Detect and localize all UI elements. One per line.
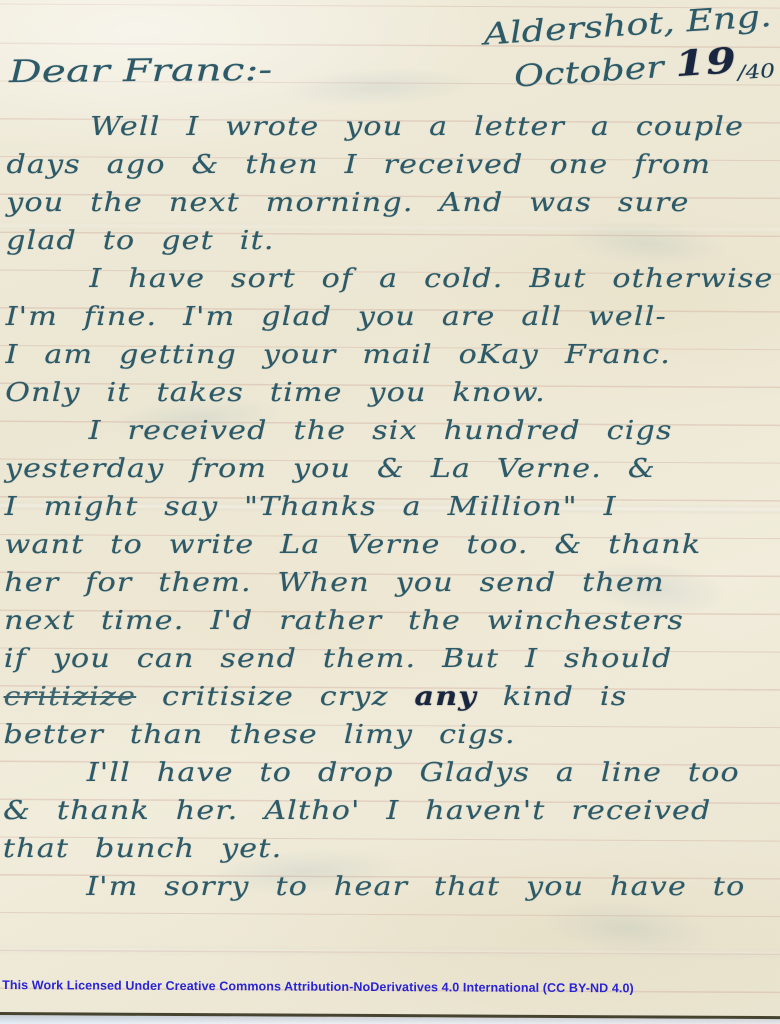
letter-text: I received the six hundred cigs [89, 416, 673, 446]
letter-line: critizize critisize cryz any kind is [4, 678, 628, 716]
letter-line: I am getting your mail oKay Franc. [5, 336, 671, 374]
letter-text: I am getting your mail oKay Franc. [5, 340, 671, 370]
crossed-out-word: critizize [4, 682, 136, 712]
fold-crease [0, 946, 780, 957]
letter-line: I'm fine. I'm glad you are all well- [6, 298, 667, 336]
license-text: This Work Licensed Under Creative Common… [2, 978, 634, 995]
letter-line: & thank her. Altho' I haven't received [3, 792, 712, 830]
letter-line: Well I wrote you a letter a couple [7, 108, 745, 146]
letter-text: I'll have to drop Gladys a line too [87, 758, 740, 788]
letter-text: I'm sorry to hear that you have to [86, 872, 745, 902]
letter-text: better than these limy cigs. [3, 720, 515, 750]
letter-line: I have sort of a cold. But otherwise [6, 260, 774, 298]
letter-text: Only it takes time you know. [5, 378, 546, 408]
letter-text: if you can send them. But I should [4, 644, 673, 674]
letter-text: any [414, 682, 477, 712]
salutation: Dear Franc:- [9, 52, 273, 90]
letter-line: I'll have to drop Gladys a line too [3, 754, 740, 792]
letter-line: want to write La Verne too. & thank [4, 526, 701, 564]
date-year: /40 [737, 60, 776, 84]
letter-text: I might say "Thanks a Million" I [5, 492, 617, 522]
letter-line: I might say "Thanks a Million" I [5, 488, 617, 526]
letter-line: her for them. When you send them [4, 564, 665, 602]
letter-page: Aldershot, Eng. October 19/40 Dear Franc… [0, 0, 780, 1019]
letter-text: kind is [477, 682, 627, 712]
date-month: October [513, 50, 665, 95]
letter-text: you the next morning. And was sure [6, 188, 689, 218]
letter-line: I'm sorry to hear that you have to [3, 868, 746, 906]
letter-text: that bunch yet. [3, 834, 283, 864]
letter-line: yesterday from you & La Verne. & [5, 450, 656, 488]
date-day: 19 [673, 40, 737, 85]
letter-text: want to write La Verne too. & thank [4, 530, 701, 560]
letter-line: you the next morning. And was sure [6, 184, 689, 222]
letter-text: I'm fine. I'm glad you are all well- [6, 302, 667, 332]
letter-line: glad to get it. [6, 222, 275, 260]
letter-heading: Aldershot, Eng. October 19/40 [534, 0, 776, 107]
letter-line: Only it takes time you know. [5, 374, 546, 412]
letter-text: Well I wrote you a letter a couple [90, 112, 744, 142]
letter-line: I received the six hundred cigs [5, 412, 673, 450]
letter-line: if you can send them. But I should [4, 640, 673, 678]
letter-text: next time. I'd rather the winchesters [4, 606, 684, 636]
letter-text: yesterday from you & La Verne. & [5, 454, 656, 484]
letter-text: her for them. When you send them [4, 568, 665, 598]
letter-text: critisize cryz [136, 682, 414, 712]
letter-text: & thank her. Altho' I haven't received [3, 796, 711, 826]
letter-text: glad to get it. [6, 226, 275, 256]
letter-text: I have sort of a cold. But otherwise [89, 264, 773, 294]
letter-line: better than these limy cigs. [3, 716, 515, 754]
letter-text: days ago & then I received one from [6, 150, 711, 180]
letter-line: next time. I'd rather the winchesters [4, 602, 684, 640]
letter-line: days ago & then I received one from [6, 146, 711, 184]
letter-line: that bunch yet. [3, 830, 283, 868]
